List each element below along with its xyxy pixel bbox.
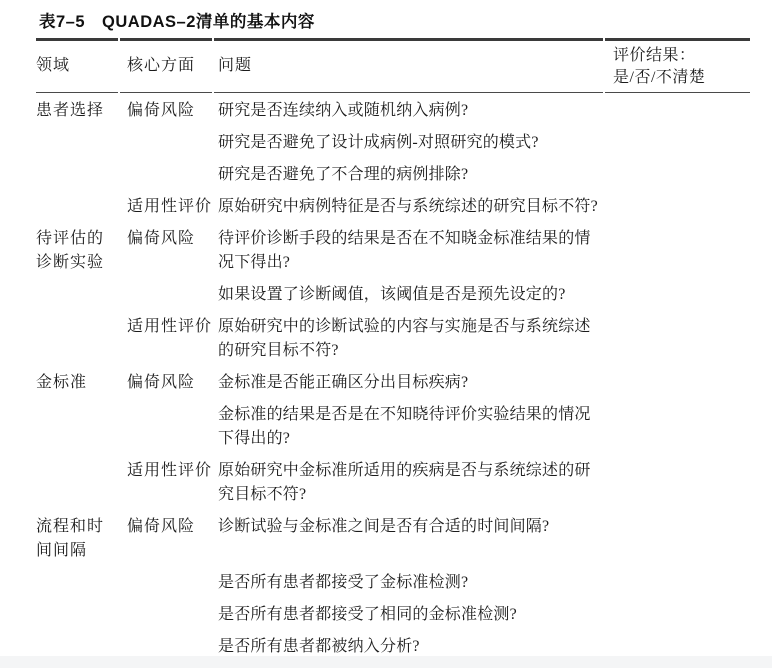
domain-cell: 待评估的 诊断实验 bbox=[36, 227, 127, 275]
table-title: 表7–5 QUADAS–2清单的基本内容 bbox=[0, 0, 772, 32]
aspect-cell: 适用性评价 bbox=[127, 459, 218, 483]
question-cell: 研究是否避免了不合理的病例排除? bbox=[218, 163, 613, 187]
question-cell: 研究是否连续纳入或随机纳入病例? bbox=[218, 99, 613, 123]
aspect-cell: 偏倚风险 bbox=[127, 515, 218, 539]
table-row: 金标准偏倚风险金标准是否能正确区分出目标疾病? bbox=[36, 371, 750, 395]
table-row: 患者选择偏倚风险研究是否连续纳入或随机纳入病例? bbox=[36, 99, 750, 123]
table-row: 待评估的 诊断实验偏倚风险待评价诊断手段的结果是否在不知晓金标准结果的情 况下得… bbox=[36, 227, 750, 275]
question-cell: 原始研究中金标准所适用的疾病是否与系统综述的研 究目标不符? bbox=[218, 459, 613, 507]
aspect-cell: 偏倚风险 bbox=[127, 227, 218, 251]
column-header-result: 评价结果： 是/否/不清楚 bbox=[613, 41, 750, 89]
aspect-cell: 适用性评价 bbox=[127, 315, 218, 339]
question-cell: 诊断试验与金标准之间是否有合适的时间间隔? bbox=[218, 515, 613, 539]
table-row: 金标准的结果是否是在不知晓待评价实验结果的情况 下得出的? bbox=[36, 403, 750, 451]
aspect-cell: 适用性评价 bbox=[127, 195, 218, 219]
table-row: 是否所有患者都接受了相同的金标准检测? bbox=[36, 603, 750, 627]
question-cell: 待评价诊断手段的结果是否在不知晓金标准结果的情 况下得出? bbox=[218, 227, 613, 275]
domain-cell: 患者选择 bbox=[36, 99, 127, 123]
domain-cell: 流程和时 间间隔 bbox=[36, 515, 127, 563]
column-header-domain: 领域 bbox=[36, 54, 127, 78]
aspect-cell: 偏倚风险 bbox=[127, 371, 218, 395]
table-body: 患者选择偏倚风险研究是否连续纳入或随机纳入病例?研究是否避免了设计成病例-对照研… bbox=[0, 93, 772, 668]
table-row: 适用性评价原始研究中金标准所适用的疾病是否与系统综述的研 究目标不符? bbox=[36, 459, 750, 507]
table-header-row: 领域 核心方面 问题 评价结果： 是/否/不清楚 bbox=[36, 41, 750, 92]
column-header-aspect: 核心方面 bbox=[127, 54, 218, 78]
table-row: 流程和时 间间隔偏倚风险诊断试验与金标准之间是否有合适的时间间隔? bbox=[36, 515, 750, 563]
column-header-question: 问题 bbox=[218, 54, 613, 78]
table-row: 研究是否避免了设计成病例-对照研究的模式? bbox=[36, 131, 750, 155]
table-row: 如果设置了诊断阈值，该阈值是否是预先设定的? bbox=[36, 283, 750, 307]
question-cell: 如果设置了诊断阈值，该阈值是否是预先设定的? bbox=[218, 283, 613, 307]
question-cell: 是否所有患者都接受了金标准检测? bbox=[218, 571, 613, 595]
scanned-table-page: 表7–5 QUADAS–2清单的基本内容 领域 核心方面 问题 评价结果： 是/… bbox=[0, 0, 772, 668]
domain-cell: 金标准 bbox=[36, 371, 127, 395]
table-row: 是否所有患者都接受了金标准检测? bbox=[36, 571, 750, 595]
question-cell: 原始研究中的诊断试验的内容与实施是否与系统综述 的研究目标不符? bbox=[218, 315, 613, 363]
question-cell: 原始研究中病例特征是否与系统综述的研究目标不符? bbox=[218, 195, 613, 219]
table-row: 适用性评价原始研究中的诊断试验的内容与实施是否与系统综述 的研究目标不符? bbox=[36, 315, 750, 363]
table-row: 研究是否避免了不合理的病例排除? bbox=[36, 163, 750, 187]
table-header-rule bbox=[36, 92, 750, 94]
table-row: 适用性评价原始研究中病例特征是否与系统综述的研究目标不符? bbox=[36, 195, 750, 219]
question-cell: 金标准是否能正确区分出目标疾病? bbox=[218, 371, 613, 395]
question-cell: 金标准的结果是否是在不知晓待评价实验结果的情况 下得出的? bbox=[218, 403, 613, 451]
question-cell: 是否所有患者都接受了相同的金标准检测? bbox=[218, 603, 613, 627]
aspect-cell: 偏倚风险 bbox=[127, 99, 218, 123]
question-cell: 研究是否避免了设计成病例-对照研究的模式? bbox=[218, 131, 613, 155]
page-bottom-strip bbox=[0, 656, 772, 668]
